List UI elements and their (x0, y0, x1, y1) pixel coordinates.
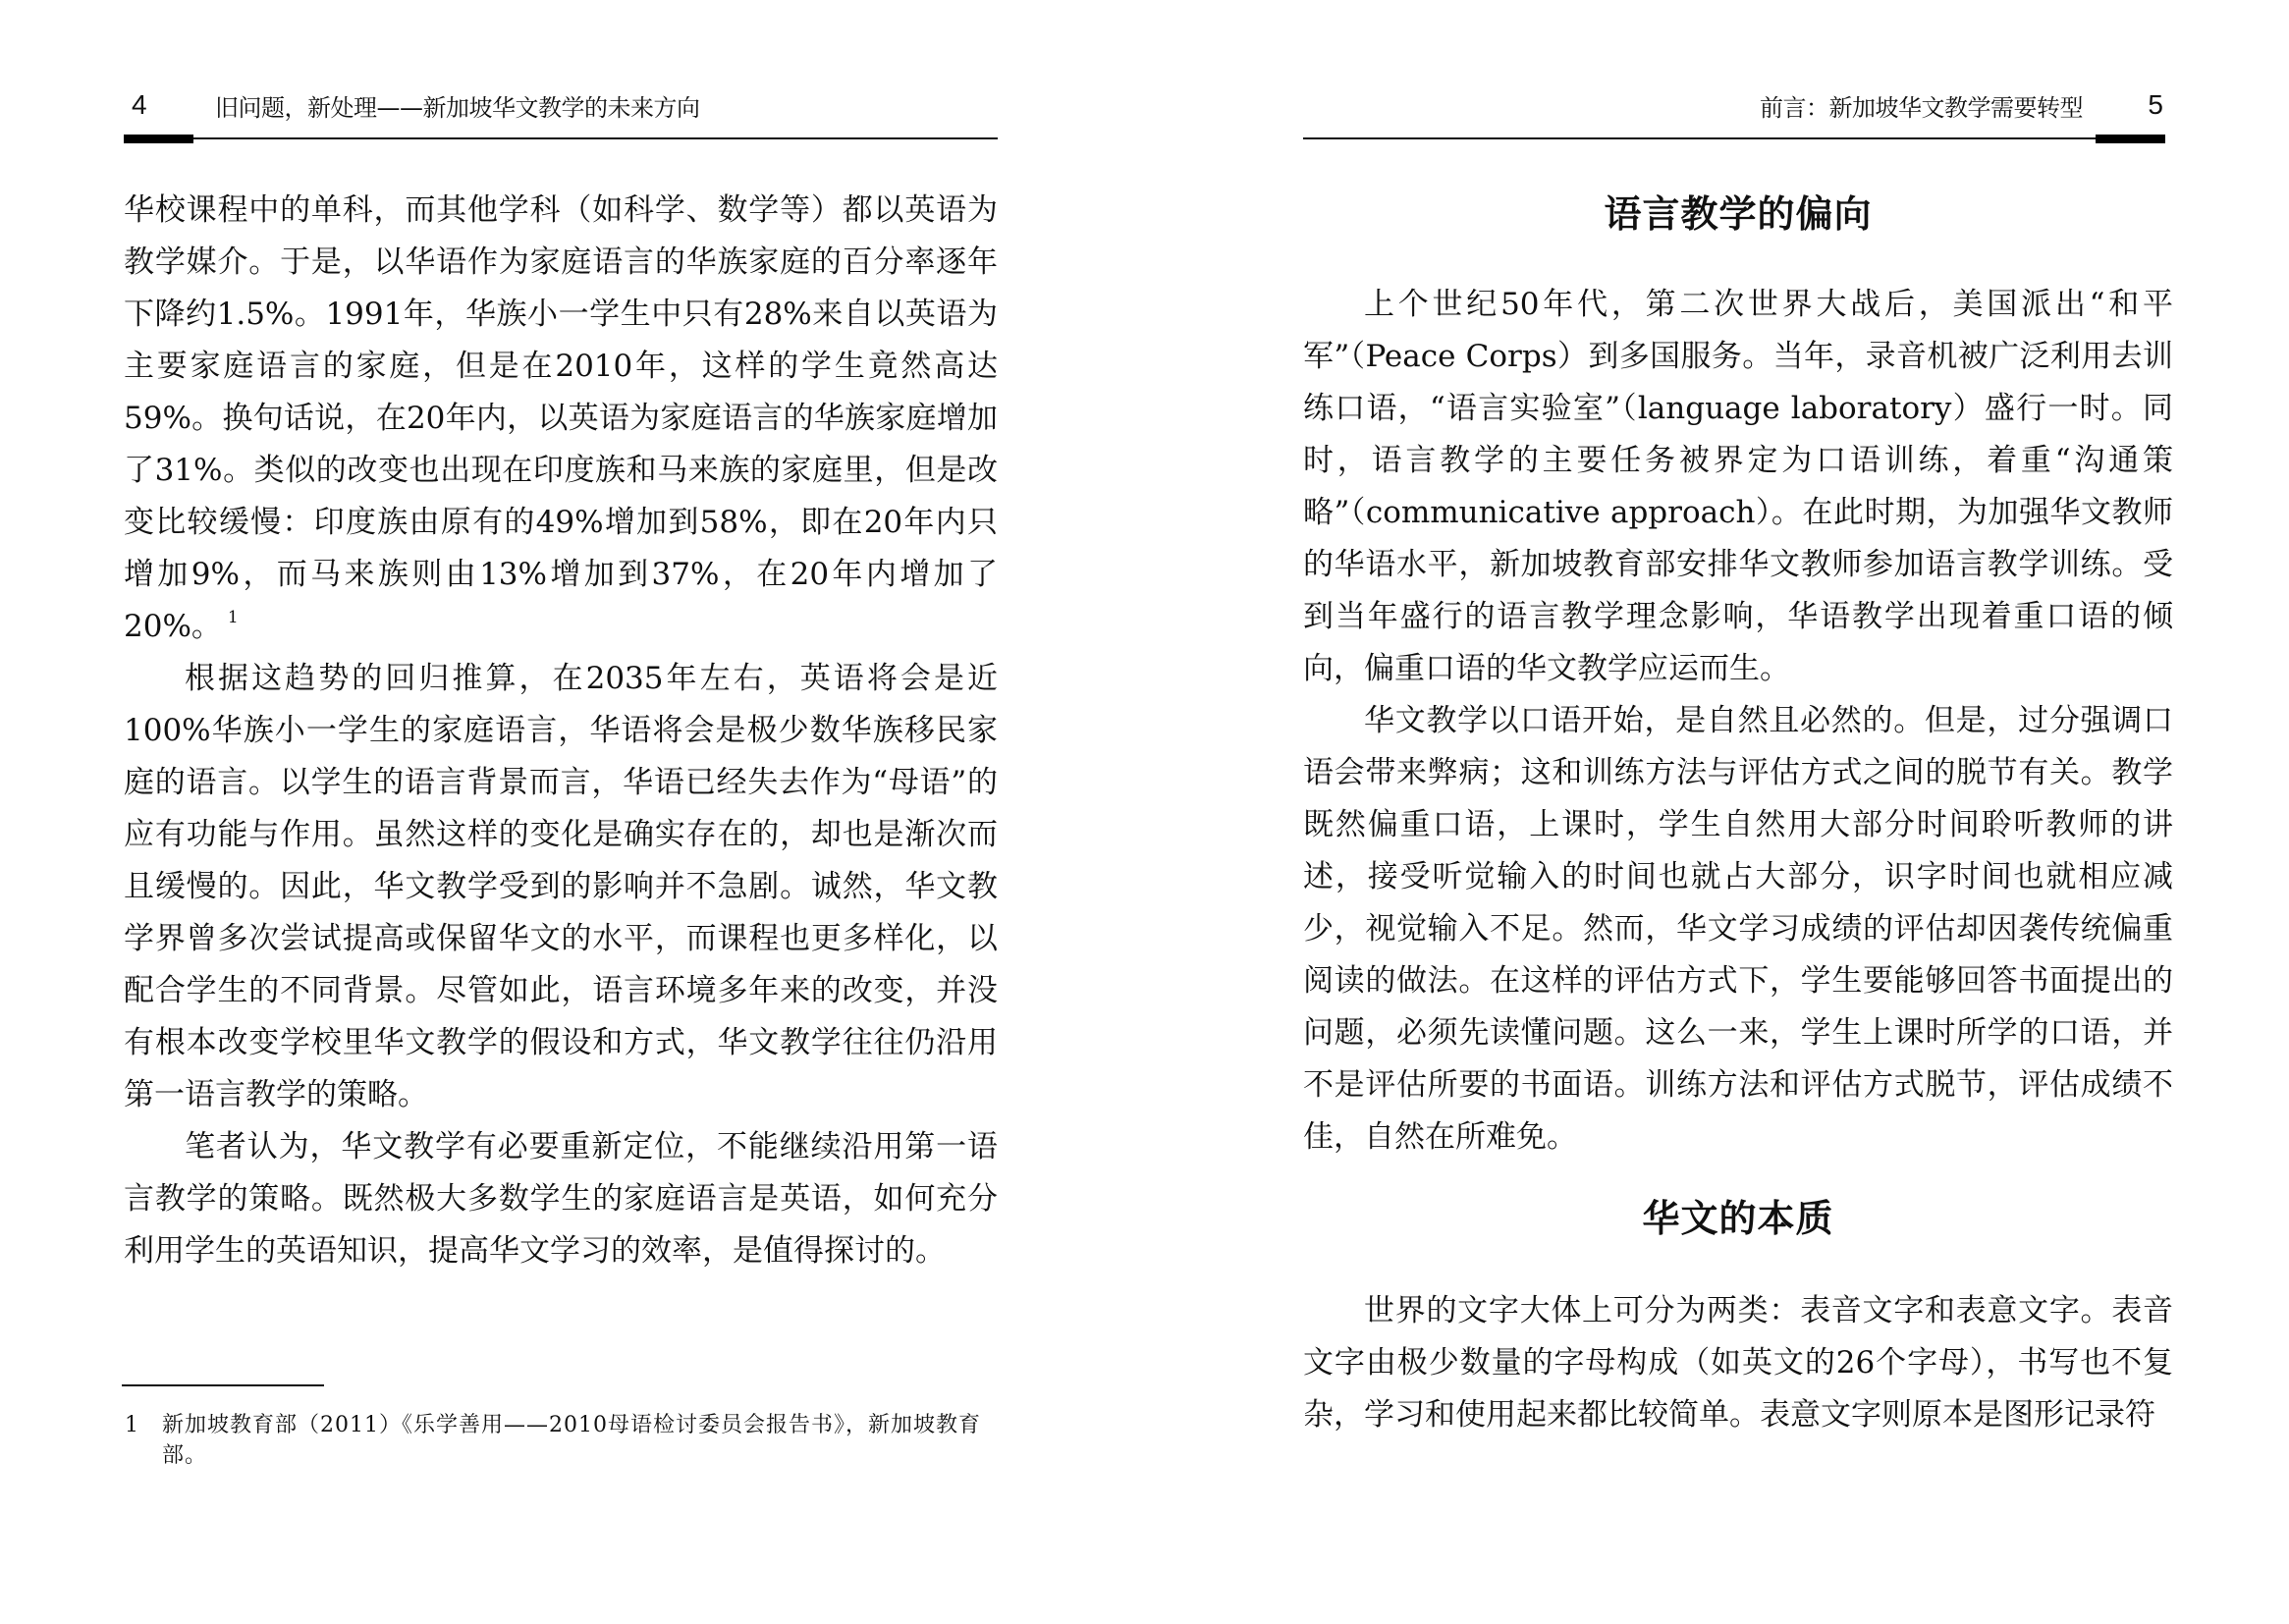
paragraph: 华文教学以口语开始，是自然且必然的。但是，过分强调口语会带来弊病；这和训练方法与… (1303, 695, 2173, 1164)
footnote-divider (122, 1384, 324, 1386)
body-text: 华校课程中的单科，而其他学科（如科学、数学等）都以英语为教学媒介。于是，以华语作… (124, 185, 998, 1277)
paragraph: 世界的文字大体上可分为两类：表音文字和表意文字。表音文字由极少数量的字母构成（如… (1303, 1285, 2173, 1441)
paragraph: 根据这趋势的回归推算，在2035年左右，英语将会是近100%华族小一学生的家庭语… (124, 653, 998, 1121)
header-rule (193, 137, 998, 139)
left-page: 4 旧问题，新处理——新加坡华文教学的未来方向 华校课程中的单科，而其他学科（如… (0, 0, 1144, 1624)
paragraph: 华校课程中的单科，而其他学科（如科学、数学等）都以英语为教学媒介。于是，以华语作… (124, 185, 998, 653)
running-header: 4 旧问题，新处理——新加坡华文教学的未来方向 (124, 90, 998, 130)
running-title: 旧问题，新处理——新加坡华文教学的未来方向 (215, 94, 700, 122)
running-header: 前言：新加坡华文教学需要转型 5 (1303, 90, 2173, 130)
header-rule-thick (124, 135, 193, 143)
paragraph: 上个世纪50年代，第二次世界大战后，美国派出“和平军”（Peace Corps）… (1303, 279, 2173, 695)
page-number: 4 (132, 90, 147, 120)
footnote-text: 新加坡教育部（2011）《乐学善用——2010母语检讨委员会报告书》，新加坡教育… (162, 1410, 999, 1471)
page-number: 5 (2148, 90, 2163, 120)
body-text: 语言教学的偏向 上个世纪50年代，第二次世界大战后，美国派出“和平军”（Peac… (1303, 185, 2173, 1441)
header-rule-thick (2096, 135, 2165, 143)
right-page: 前言：新加坡华文教学需要转型 5 语言教学的偏向 上个世纪50年代，第二次世界大… (1144, 0, 2289, 1624)
footnote-number: 1 (125, 1410, 139, 1440)
section-heading: 语言教学的偏向 (1303, 185, 2173, 251)
footnote: 1 新加坡教育部（2011）《乐学善用——2010母语检讨委员会报告书》，新加坡… (125, 1410, 999, 1471)
footnote-marker[interactable]: 1 (228, 608, 239, 627)
section-heading: 华文的本质 (1303, 1193, 2173, 1256)
running-title: 前言：新加坡华文教学需要转型 (1760, 94, 2083, 122)
header-rule (1303, 137, 2096, 139)
paragraph: 笔者认为，华文教学有必要重新定位，不能继续沿用第一语言教学的策略。既然极大多数学… (124, 1121, 998, 1277)
